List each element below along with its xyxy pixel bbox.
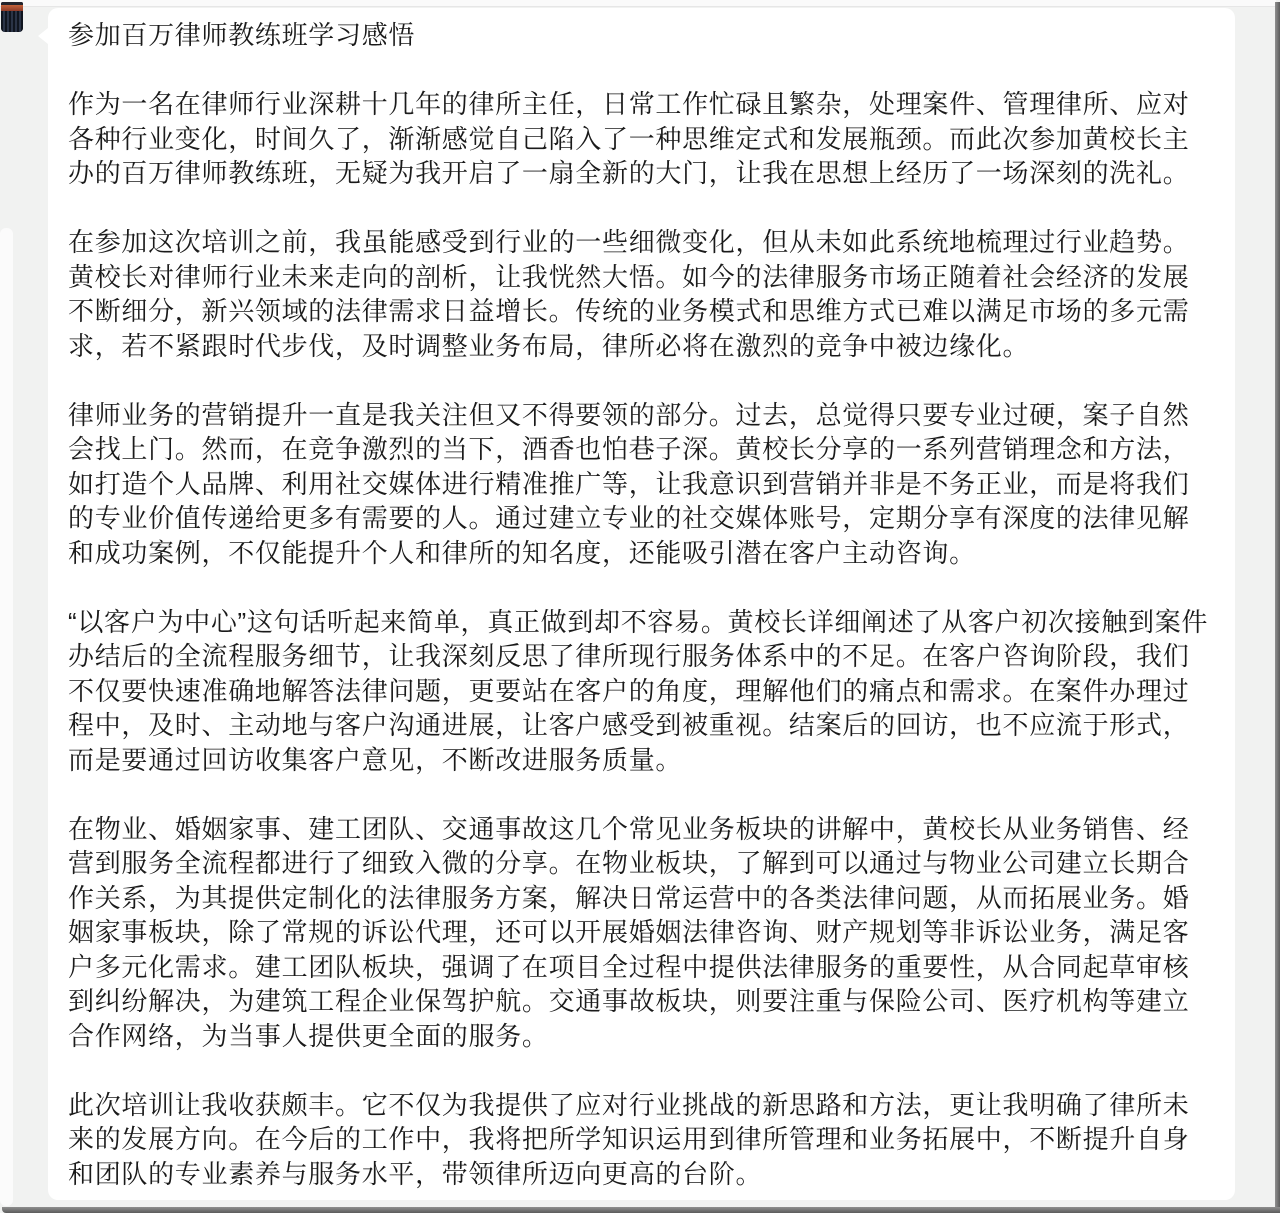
- text-line: “以客户为中心”这句话听起来简单，真正做到却不容易。黄校长详细阐述了从客户初次接…: [68, 605, 1215, 640]
- message-bubble[interactable]: 参加百万律师教练班学习感悟 作为一名在律师行业深耕十几年的律所主任，日常工作忙碌…: [48, 8, 1235, 1200]
- text-line: 作关系，为其提供定制化的法律服务方案，解决日常运营中的各类法律问题，从而拓展业务…: [68, 881, 1215, 916]
- message-paragraph: 律师业务的营销提升一直是我关注但又不得要领的部分。过去，总觉得只要专业过硬，案子…: [68, 398, 1215, 571]
- message-paragraph: 在参加这次培训之前，我虽能感受到行业的一些细微变化，但从未如此系统地梳理过行业趋…: [68, 225, 1215, 363]
- text-line: 律师业务的营销提升一直是我关注但又不得要领的部分。过去，总觉得只要专业过硬，案子…: [68, 398, 1215, 433]
- window-top-border: [0, 0, 1276, 7]
- text-line: 会找上门。然而，在竞争激烈的当下，酒香也怕巷子深。黄校长分享的一系列营销理念和方…: [68, 432, 1215, 467]
- message-title: 参加百万律师教练班学习感悟: [68, 18, 1215, 53]
- window-bottom-edge: [2, 1207, 1280, 1213]
- chat-message-view: 参加百万律师教练班学习感悟 作为一名在律师行业深耕十几年的律所主任，日常工作忙碌…: [0, 0, 1280, 1213]
- text-line: 在物业、婚姻家事、建工团队、交通事故这几个常见业务板块的讲解中，黄校长从业务销售…: [68, 812, 1215, 847]
- text-line: 来的发展方向。在今后的工作中，我将把所学知识运用到律所管理和业务拓展中，不断提升…: [68, 1122, 1215, 1157]
- text-line: 各种行业变化，时间久了，渐渐感觉自己陷入了一种思维定式和发展瓶颈。而此次参加黄校…: [68, 122, 1215, 157]
- text-line: 如打造个人品牌、利用社交媒体进行精准推广等，让我意识到营销并非是不务正业，而是将…: [68, 467, 1215, 502]
- text-line: 姻家事板块，除了常规的诉讼代理，还可以开展婚姻法律咨询、财产规划等非诉讼业务，满…: [68, 915, 1215, 950]
- text-line: 作为一名在律师行业深耕十几年的律所主任，日常工作忙碌且繁杂，处理案件、管理律所、…: [68, 87, 1215, 122]
- text-line: 黄校长对律师行业未来走向的剖析，让我恍然大悟。如今的法律服务市场正随着社会经济的…: [68, 260, 1215, 295]
- text-line: 和团队的专业素养与服务水平，带领律所迈向更高的台阶。: [68, 1157, 1215, 1192]
- text-line: 的专业价值传递给更多有需要的人。通过建立专业的社交媒体账号，定期分享有深度的法律…: [68, 501, 1215, 536]
- text-line: 不仅要快速准确地解答法律问题，更要站在客户的角度，理解他们的痛点和需求。在案件办…: [68, 674, 1215, 709]
- text-line: 求，若不紧跟时代步伐，及时调整业务布局，律所必将在激烈的竞争中被边缘化。: [68, 329, 1215, 364]
- message-paragraph: 此次培训让我收获颇丰。它不仅为我提供了应对行业挑战的新思路和方法，更让我明确了律…: [68, 1088, 1215, 1192]
- text-line: 户多元化需求。建工团队板块，强调了在项目全过程中提供法律服务的重要性，从合同起草…: [68, 950, 1215, 985]
- message-text: 参加百万律师教练班学习感悟 作为一名在律师行业深耕十几年的律所主任，日常工作忙碌…: [68, 18, 1215, 1191]
- text-line: 而是要通过回访收集客户意见，不断改进服务质量。: [68, 743, 1215, 778]
- text-line: 不断细分，新兴领域的法律需求日益增长。传统的业务模式和思维方式已难以满足市场的多…: [68, 294, 1215, 329]
- text-line: 营到服务全流程都进行了细致入微的分享。在物业板块，了解到可以通过与物业公司建立长…: [68, 846, 1215, 881]
- text-line: 和成功案例，不仅能提升个人和律所的知名度，还能吸引潜在客户主动咨询。: [68, 536, 1215, 571]
- bubble-tail-icon: [38, 28, 48, 44]
- text-line: 在参加这次培训之前，我虽能感受到行业的一些细微变化，但从未如此系统地梳理过行业趋…: [68, 225, 1215, 260]
- text-line: 到纠纷解决，为建筑工程企业保驾护航。交通事故板块，则要注重与保险公司、医疗机构等…: [68, 984, 1215, 1019]
- text-line: 办结后的全流程服务细节，让我深刻反思了律所现行服务体系中的不足。在客户咨询阶段，…: [68, 639, 1215, 674]
- left-scrollbar[interactable]: [0, 228, 13, 1206]
- text-line: 程中，及时、主动地与客户沟通进展，让客户感受到被重视。结案后的回访，也不应流于形…: [68, 708, 1215, 743]
- text-line: 合作网络，为当事人提供更全面的服务。: [68, 1019, 1215, 1054]
- message-paragraph: “以客户为中心”这句话听起来简单，真正做到却不容易。黄校长详细阐述了从客户初次接…: [68, 605, 1215, 778]
- window-right-edge: [1275, 2, 1280, 1213]
- sender-avatar[interactable]: [1, 2, 23, 32]
- text-line: 办的百万律师教练班，无疑为我开启了一扇全新的大门，让我在思想上经历了一场深刻的洗…: [68, 156, 1215, 191]
- message-paragraph: 在物业、婚姻家事、建工团队、交通事故这几个常见业务板块的讲解中，黄校长从业务销售…: [68, 812, 1215, 1054]
- avatar-image-body: [1, 11, 23, 32]
- message-paragraph: 作为一名在律师行业深耕十几年的律所主任，日常工作忙碌且繁杂，处理案件、管理律所、…: [68, 87, 1215, 191]
- text-line: 此次培训让我收获颇丰。它不仅为我提供了应对行业挑战的新思路和方法，更让我明确了律…: [68, 1088, 1215, 1123]
